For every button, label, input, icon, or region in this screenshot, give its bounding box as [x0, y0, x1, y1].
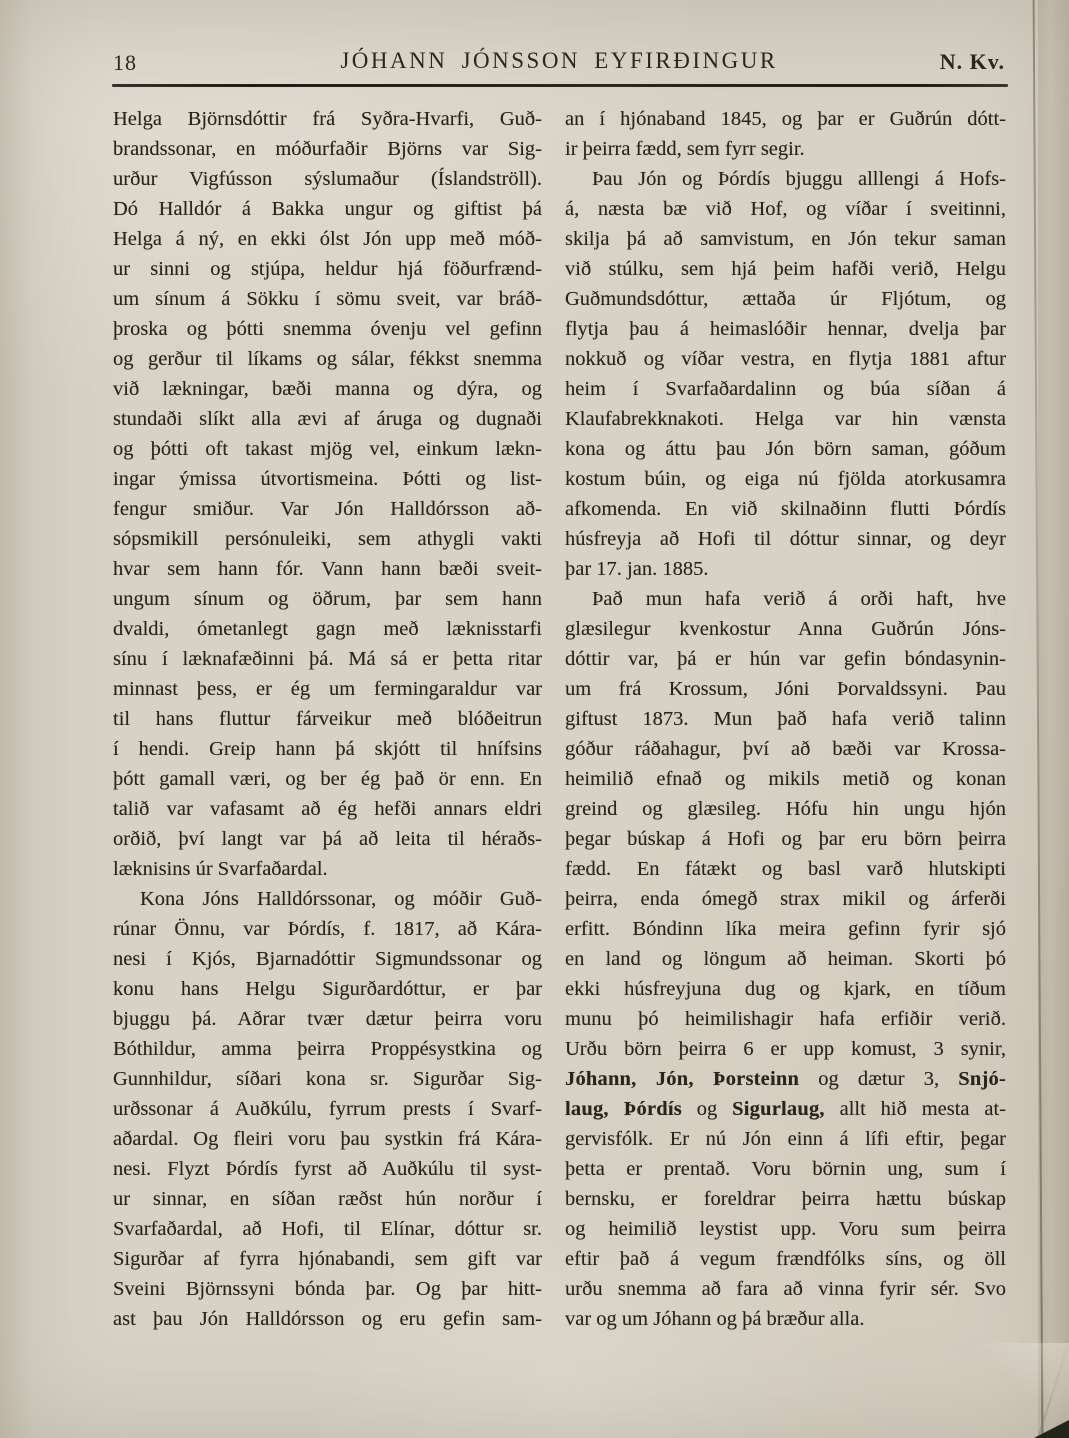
text-line: þetta er prentað. Voru börnin ung, sum í: [565, 1154, 1006, 1184]
text-line: Dó Halldór á Bakka ungur og giftist þá: [113, 194, 542, 224]
text-line: stundaði slíkt alla ævi af áruga og dugn…: [113, 404, 542, 434]
text-line: heim í Svarfaðardalinn og búa síðan á: [565, 374, 1006, 404]
text-line: góður ráðahagur, því að bæði var Krossa-: [565, 734, 1006, 764]
text-line: þeirra, enda ómegð strax mikil og árferð…: [565, 884, 1006, 914]
text-line: glæsilegur kvenkostur Anna Guðrún Jóns-: [565, 614, 1006, 644]
text-line: ingar ýmissa útvortismeina. Þótti og lis…: [113, 464, 542, 494]
text-line: laug, Þórdís og Sigurlaug, allt hið mest…: [565, 1094, 1006, 1124]
text-line: an í hjónaband 1845, og þar er Guðrún dó…: [565, 104, 1006, 134]
text-line: afkomenda. En við skilnaðinn flutti Þórd…: [565, 494, 1006, 524]
text-line: flytja þau á heimaslóðir hennar, dvelja …: [565, 314, 1006, 344]
text-column-right: an í hjónaband 1845, og þar er Guðrún dó…: [565, 104, 1006, 1334]
text-line: orðið, því langt var þá að leita til hér…: [113, 824, 542, 854]
text-line: eftir það á vegum frændfólks síns, og öl…: [565, 1244, 1006, 1274]
text-line: giftust 1873. Mun það hafa verið talinn: [565, 704, 1006, 734]
text-line: konu hans Helgu Sigurðardóttur, er þar: [113, 974, 542, 1004]
text-line: Urðu börn þeirra 6 er upp komust, 3 syni…: [565, 1034, 1006, 1064]
text-line: Gunnhildur, síðari kona sr. Sigurðar Sig…: [113, 1064, 542, 1094]
text-line: greind og glæsileg. Hófu hin ungu hjón: [565, 794, 1006, 824]
text-line: minnast þess, er ég um fermingaraldur va…: [113, 674, 542, 704]
text-line: ekki húsfreyjuna dug og kjark, en tíðum: [565, 974, 1006, 1004]
text-line: urður Vigfússon sýslumaður (Íslandströll…: [113, 164, 542, 194]
text-line: í hendi. Greip hann þá skjótt til hnífsi…: [113, 734, 542, 764]
running-title: JÓHANN JÓNSSON EYFIRÐINGUR: [113, 48, 1005, 74]
paragraph: Helga Björnsdóttir frá Syðra-Hvarfi, Guð…: [113, 104, 542, 884]
text-line: skilja þá að samvistum, en Jón tekur sam…: [565, 224, 1006, 254]
text-line: Helga Björnsdóttir frá Syðra-Hvarfi, Guð…: [113, 104, 542, 134]
text-line: nesi. Flyzt Þórdís fyrst að Auðkúlu til …: [113, 1154, 542, 1184]
text-line: Guðmundsdóttur, ættaða úr Fljótum, og: [565, 284, 1006, 314]
text-line: þótt gamall væri, og ber ég það ör enn. …: [113, 764, 542, 794]
text-line: og gerður til líkams og sálar, fékkst sn…: [113, 344, 542, 374]
text-line: hvar sem hann fór. Vann hann bæði sveit-: [113, 554, 542, 584]
text-line: dóttir var, þá er hún var gefin bóndasyn…: [565, 644, 1006, 674]
book-page: 18 JÓHANN JÓNSSON EYFIRÐINGUR N. Kv. Hel…: [0, 0, 1069, 1438]
text-line: Sigurðar af fyrra hjónabandi, sem gift v…: [113, 1244, 542, 1274]
text-line: fengur smiður. Var Jón Halldórsson að-: [113, 494, 542, 524]
text-line: sínu í læknafæðinni þá. Má sá er þetta r…: [113, 644, 542, 674]
header-rule: [112, 84, 1008, 87]
text-line: Svarfaðardal, að Hofi, til Elínar, dóttu…: [113, 1214, 542, 1244]
text-line: læknisins úr Svarfaðardal.: [113, 854, 542, 884]
text-line: Jóhann, Jón, Þorsteinn og dætur 3, Snjó-: [565, 1064, 1006, 1094]
text-line: gervisfólk. Er nú Jón einn á lífi eftir,…: [565, 1124, 1006, 1154]
text-line: rúnar Önnu, var Þórdís, f. 1817, að Kára…: [113, 914, 542, 944]
text-line: fædd. En fátækt og basl varð hlutskipti: [565, 854, 1006, 884]
text-line: erfitt. Bóndinn líka meira gefinn fyrir …: [565, 914, 1006, 944]
text-line: um frá Krossum, Jóni Þorvaldssyni. Þau: [565, 674, 1006, 704]
text-line: Bóthildur, amma þeirra Proppésystkina og: [113, 1034, 542, 1064]
text-line: á, næsta bæ við Hof, og víðar í sveitinn…: [565, 194, 1006, 224]
text-line: húsfreyja að Hofi til dóttur sinnar, og …: [565, 524, 1006, 554]
bold-name-text: Snjó-: [958, 1068, 1006, 1090]
text-line: til hans fluttur fárveikur með blóðeitru…: [113, 704, 542, 734]
bold-name-text: Sigurlaug,: [732, 1098, 825, 1120]
edition-label: N. Kv.: [940, 49, 1005, 75]
text-line: heimilið efnað og mikils metið og konan: [565, 764, 1006, 794]
text-line: nokkuð og víðar vestra, en flytja 1881 a…: [565, 344, 1006, 374]
text-line: var og um Jóhann og þá bræður alla.: [565, 1304, 1006, 1334]
paragraph: Það mun hafa verið á orði haft, hveglæsi…: [565, 584, 1006, 1334]
text-line: sópsmikill persónuleiki, sem athygli vak…: [113, 524, 542, 554]
paragraph: an í hjónaband 1845, og þar er Guðrún dó…: [565, 104, 1006, 164]
text-line: og þótti oft takast mjög vel, einkum læk…: [113, 434, 542, 464]
text-line: bernsku, er foreldrar þeirra hættu búska…: [565, 1184, 1006, 1214]
text-line: kostum búin, og eiga nú fjölda atorkusam…: [565, 464, 1006, 494]
text-line: en land og löngum að heiman. Skorti þó: [565, 944, 1006, 974]
text-line: munu þó heimilishagir hafa erfiðir verið…: [565, 1004, 1006, 1034]
text-line: ast þau Jón Halldórsson og eru gefin sam…: [113, 1304, 542, 1334]
paragraph: Kona Jóns Halldórssonar, og móðir Guð-rú…: [113, 884, 542, 1334]
text-line: og heimilið leystist upp. Voru sum þeirr…: [565, 1214, 1006, 1244]
text-line: þroska og þótti snemma óvenju vel gefinn: [113, 314, 542, 344]
text-line: Þau Jón og Þórdís bjuggu alllengi á Hofs…: [565, 164, 1006, 194]
bold-name-text: Jóhann, Jón, Þorsteinn: [565, 1068, 799, 1090]
text-line: urðu snemma að fara að vinna fyrir sér. …: [565, 1274, 1006, 1304]
page-header: 18 JÓHANN JÓNSSON EYFIRÐINGUR N. Kv.: [113, 47, 1005, 79]
text-line: Helga á ný, en ekki ólst Jón upp með móð…: [113, 224, 542, 254]
text-line: ir þeirra fædd, sem fyrr segir.: [565, 134, 1006, 164]
text-line: Sveini Björnssyni bónda þar. Og þar hitt…: [113, 1274, 542, 1304]
text-line: þegar búskap á Hofi og þar eru börn þeir…: [565, 824, 1006, 854]
text-line: ur sinnar, en síðan ræðst hún norður í: [113, 1184, 542, 1214]
text-line: Það mun hafa verið á orði haft, hve: [565, 584, 1006, 614]
bold-name-text: laug, Þórdís: [565, 1098, 682, 1120]
text-line: við lækningar, bæði manna og dýra, og: [113, 374, 542, 404]
binding-gutter-shadow: [1038, 0, 1069, 1438]
paragraph: Þau Jón og Þórdís bjuggu alllengi á Hofs…: [565, 164, 1006, 584]
text-line: Kona Jóns Halldórssonar, og móðir Guð-: [113, 884, 542, 914]
text-line: talið var vafasamt að ég hefði annars el…: [113, 794, 542, 824]
text-line: ur sinni og stjúpa, heldur hjá föðurfræn…: [113, 254, 542, 284]
text-line: ungum sínum og öðrum, þar sem hann: [113, 584, 542, 614]
text-line: þar 17. jan. 1885.: [565, 554, 1006, 584]
text-line: um sínum á Sökku í sömu sveit, var bráð-: [113, 284, 542, 314]
text-line: urðssonar á Auðkúlu, fyrrum prests í Sva…: [113, 1094, 542, 1124]
text-column-left: Helga Björnsdóttir frá Syðra-Hvarfi, Guð…: [113, 104, 542, 1334]
text-line: kona og áttu þau Jón börn saman, góðum: [565, 434, 1006, 464]
text-line: bjuggu þá. Aðrar tvær dætur þeirra voru: [113, 1004, 542, 1034]
text-line: aðardal. Og fleiri voru þau systkin frá …: [113, 1124, 542, 1154]
text-line: Klaufabrekknakoti. Helga var hin vænsta: [565, 404, 1006, 434]
text-line: dvaldi, ómetanlegt gagn með læknisstarfi: [113, 614, 542, 644]
text-line: við stúlku, sem hjá þeim hafði verið, He…: [565, 254, 1006, 284]
text-line: brandssonar, en móðurfaðir Björns var Si…: [113, 134, 542, 164]
text-line: nesi í Kjós, Bjarnadóttir Sigmundssonar …: [113, 944, 542, 974]
